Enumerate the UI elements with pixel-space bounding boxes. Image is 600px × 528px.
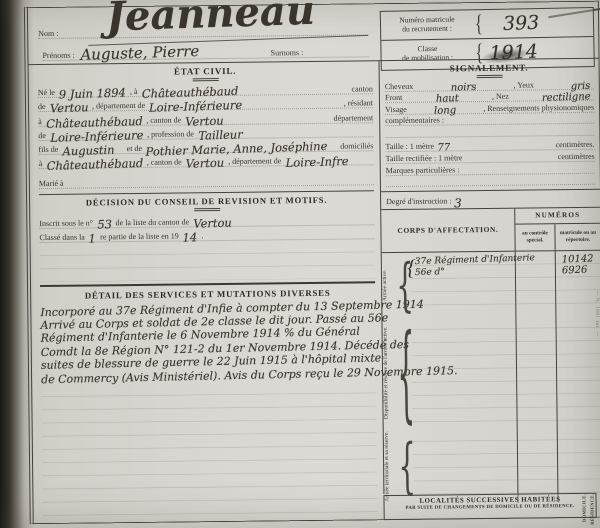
- handwritten-value: Vertou: [186, 159, 225, 169]
- label: , profession de: [147, 129, 194, 139]
- handwritten-value: Loire-Inférieure: [50, 131, 143, 143]
- label: , Renseignements physionomiques: [483, 102, 594, 112]
- label: à: [39, 159, 43, 168]
- label: département: [334, 113, 374, 122]
- label: Taille : 1 mètre: [385, 142, 434, 152]
- label: complémentaires :: [385, 116, 444, 126]
- corps-entry: 56e d°: [415, 267, 445, 278]
- nom-label: Nom :: [38, 29, 58, 38]
- label: Inscrit sous le n°: [39, 218, 93, 228]
- services-paragraph: Incorporé au 37e Régiment d'Infie à comp…: [40, 300, 376, 384]
- handwritten-value: Châteauthébaud: [141, 87, 238, 99]
- surnoms-label: Surnoms :: [271, 48, 304, 57]
- label: , canton de: [147, 158, 182, 167]
- matricule-label-2: du recrutement :: [381, 24, 473, 35]
- handwritten-value: Loire-Inférieure: [149, 101, 242, 113]
- corps-entries: [413, 428, 518, 504]
- numeros-header-cell: NUMÉROS: [515, 208, 600, 225]
- corps-header-cell: CORPS D'AFFECTATION.: [381, 209, 515, 254]
- label: Cheveux: [385, 81, 414, 90]
- disponibilite-group: Disponibilité et réserve de l'armée acti…: [382, 315, 600, 429]
- etat-civil-title: ÉTAT CIVIL.: [38, 64, 373, 78]
- handwritten-value: 77: [437, 145, 450, 153]
- territoriale-group: Armée territoriale et sa réserve. {: [384, 427, 600, 494]
- corps-entries: [411, 316, 516, 429]
- label: , résidant: [344, 99, 373, 108]
- label: , Yeux: [514, 80, 534, 89]
- label: domiciliés: [340, 141, 373, 150]
- label: centimètres.: [556, 140, 595, 149]
- handwritten-value: 1: [89, 234, 97, 243]
- label: canton: [351, 84, 372, 93]
- spacer: [385, 135, 594, 137]
- label: à: [38, 117, 42, 126]
- spacer: [206, 57, 271, 58]
- domicile-vertical-label: DOMICILE.: [581, 494, 586, 522]
- title-flourish: [192, 78, 218, 81]
- handwritten-value: 53: [97, 220, 112, 229]
- controle-cell: [518, 427, 559, 502]
- spacer: [303, 56, 368, 57]
- handwritten-value: Châteauthébaud: [46, 116, 143, 128]
- label: re partie de la liste en 19: [100, 231, 179, 241]
- heavy-divider: [40, 281, 375, 287]
- title-flourish: [476, 75, 502, 78]
- title-flourish: [194, 208, 220, 211]
- matricule-value: 393: [502, 12, 539, 35]
- handwritten-value: gris: [571, 82, 591, 91]
- matricule-subheader-cell: matricule ou au répertoire.: [555, 224, 600, 252]
- right-column: SIGNALEMENT. Cheveux noirs , Yeux gris F…: [379, 58, 600, 494]
- spacer: [64, 185, 374, 189]
- controle-cell: [516, 315, 557, 427]
- label: fils de: [38, 145, 58, 154]
- label: , département de: [92, 101, 145, 111]
- handwritten-value: 3: [454, 199, 462, 207]
- armee-active-group: Armée active. { { 37e Régiment d'Infante…: [382, 251, 600, 317]
- handwritten-value: Vertou: [185, 116, 224, 126]
- label: .: [201, 231, 203, 240]
- handwritten-value: rectiligne: [542, 93, 591, 103]
- label: , département de: [228, 156, 281, 166]
- label: Classé dans la: [39, 232, 84, 242]
- prenoms-field: Prénoms : Auguste, Pierre Surnoms :: [42, 40, 368, 61]
- corps-entries: { 37e Régiment d'Infanterie 56e d°: [411, 252, 516, 317]
- handwritten-value: 14: [183, 233, 198, 242]
- handwritten-value: Vertou: [193, 218, 232, 228]
- empty-ruled-area: [41, 380, 378, 523]
- services-title: DÉTAIL DES SERVICES ET MUTATIONS DIVERSE…: [40, 287, 375, 301]
- handwritten-value: haut: [436, 95, 459, 104]
- record-form: Nom : Jeanneau Prénoms : Auguste, Pierre…: [24, 1, 600, 524]
- localites-box: LOCALITÉS SUCCESSIVES HABITÉES PAR SUITE…: [383, 493, 596, 520]
- matricule-cell: [558, 427, 600, 502]
- matricule-label: Numéro matricule du recrutement :: [381, 15, 473, 35]
- controle-subheader-cell: au contrôle spécial.: [515, 224, 555, 251]
- label: de: [38, 131, 46, 140]
- decision-title: DÉCISION DU CONSEIL DE REVISION ET MOTIF…: [39, 195, 374, 209]
- spacer: [465, 204, 595, 205]
- label: Visage: [385, 105, 407, 114]
- matricule-number: 6926: [562, 265, 588, 277]
- handwritten-value: 9 Juin 1894: [59, 89, 126, 100]
- brace-glyph: {: [474, 11, 483, 38]
- handwritten-value: noirs: [451, 83, 477, 92]
- label: et de: [127, 144, 142, 153]
- label: Né le: [38, 88, 55, 97]
- label: de la liste du canton de: [116, 217, 190, 227]
- form-imprint: — N. 1001 int. —: [594, 290, 600, 337]
- handwritten-value: long: [434, 107, 456, 116]
- matricule-number: 10142: [562, 253, 594, 265]
- left-column: ÉTAT CIVIL. Né le 9 Juin 1894 , à Châtea…: [29, 60, 384, 523]
- handwritten-value: Loire-Infre: [285, 157, 348, 168]
- label: Front: [385, 93, 402, 102]
- marie-label: Marié à: [39, 179, 64, 188]
- prenoms-label: Prénoms :: [42, 51, 74, 60]
- handwritten-value: Châteauthébaud: [46, 159, 143, 171]
- label: , canton de: [146, 115, 181, 124]
- corps-affectation-table: CORPS D'AFFECTATION. NUMÉROS au contrôle…: [381, 207, 600, 494]
- label: Taille rectifiée : 1 mètre: [386, 153, 463, 163]
- empty-dotted-line: [385, 124, 594, 138]
- label: Marques particulières :: [386, 165, 460, 175]
- group-corps-cell: Armée territoriale et sa réserve. {: [384, 428, 519, 504]
- degre-line: Degré d'instruction : 3: [386, 190, 595, 206]
- signalement-title: SIGNALEMENT.: [380, 62, 599, 74]
- marie-line: Marié à: [39, 171, 374, 189]
- localites-subtitle: PAR SUITE DE CHANGEMENTS DE DOMICILE OU …: [385, 504, 596, 511]
- scanned-military-record: — N. 1001 int. — Nom : Jeanneau Prénoms …: [0, 0, 600, 528]
- handwritten-value: Vertou: [49, 103, 88, 113]
- label: , Nez: [492, 92, 509, 101]
- label: de: [38, 102, 46, 111]
- spacer: [386, 184, 595, 186]
- residence-vertical-label: RÉSIDENCE.: [589, 494, 594, 525]
- prenoms-handwritten: Auguste, Pierre: [80, 42, 199, 64]
- matricule-row: Numéro matricule du recrutement : { 393: [381, 8, 593, 41]
- label: centimètres: [558, 152, 595, 161]
- label: Degré d'instruction :: [386, 196, 452, 206]
- group-corps-cell: Disponibilité et réserve de l'armée acti…: [382, 316, 517, 430]
- handwritten-value: Tailleur: [198, 130, 243, 140]
- nom-handwritten: Jeanneau: [105, 0, 315, 40]
- handwritten-value: Augustin: [62, 146, 114, 157]
- label: , à: [130, 87, 138, 96]
- empty-dotted-line: [386, 173, 595, 187]
